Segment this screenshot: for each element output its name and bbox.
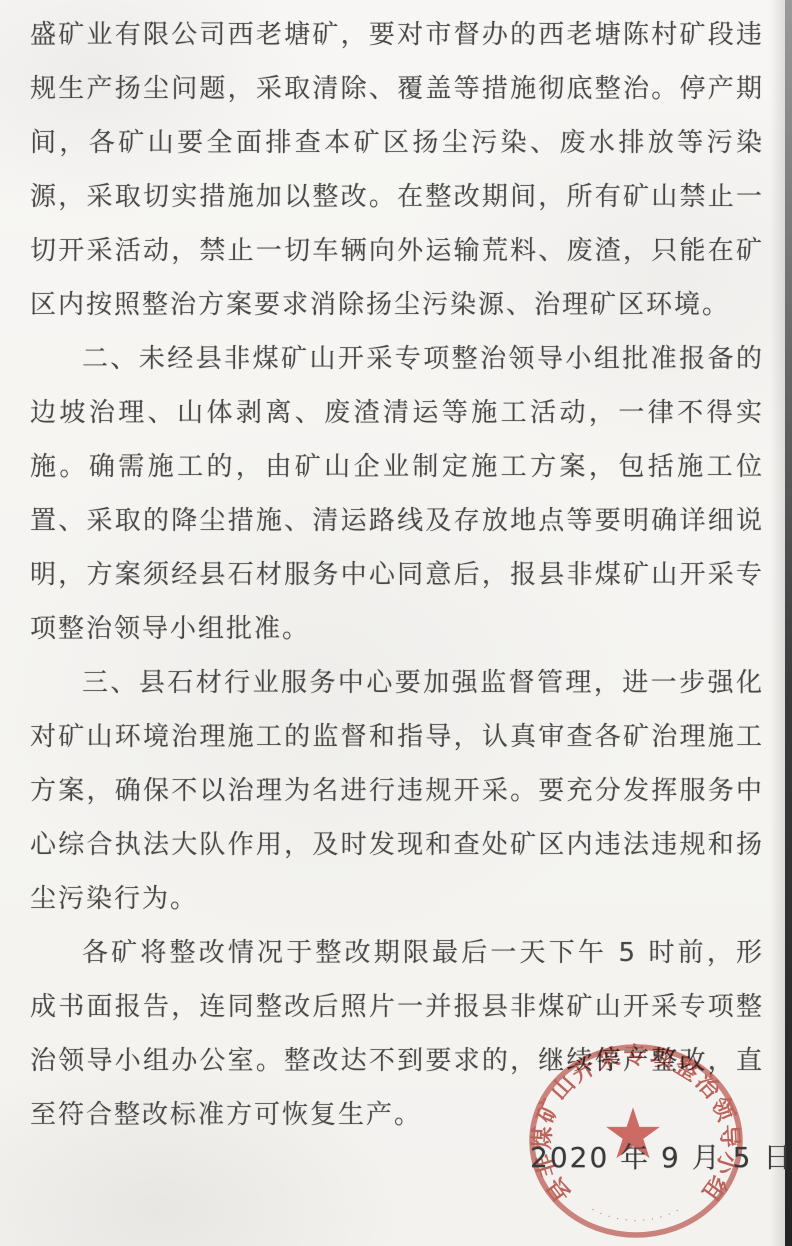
scan-edge-strip bbox=[785, 0, 792, 1246]
scan-edge-shadow bbox=[770, 0, 786, 1246]
date-line: 2020 年 9 月 5 日 bbox=[530, 1136, 792, 1176]
paragraph-continuation: 盛矿业有限公司西老塘矿，要对市督办的西老塘陈村矿段违规生产扬尘问题，采取清除、覆… bbox=[30, 8, 764, 332]
scanned-document-page: 盛矿业有限公司西老塘矿，要对市督办的西老塘陈村矿段违规生产扬尘问题，采取清除、覆… bbox=[0, 0, 792, 1246]
paragraph-item-three: 三、县石材行业服务中心要加强监督管理，进一步强化对矿山环境治理施工的监督和指导，… bbox=[30, 656, 764, 926]
paragraph-item-two: 二、未经县非煤矿山开采专项整治领导小组批准报备的边坡治理、山体剥离、废渣清运等施… bbox=[30, 332, 764, 656]
document-body: 盛矿业有限公司西老塘矿，要对市督办的西老塘陈村矿段违规生产扬尘问题，采取清除、覆… bbox=[30, 8, 764, 1142]
